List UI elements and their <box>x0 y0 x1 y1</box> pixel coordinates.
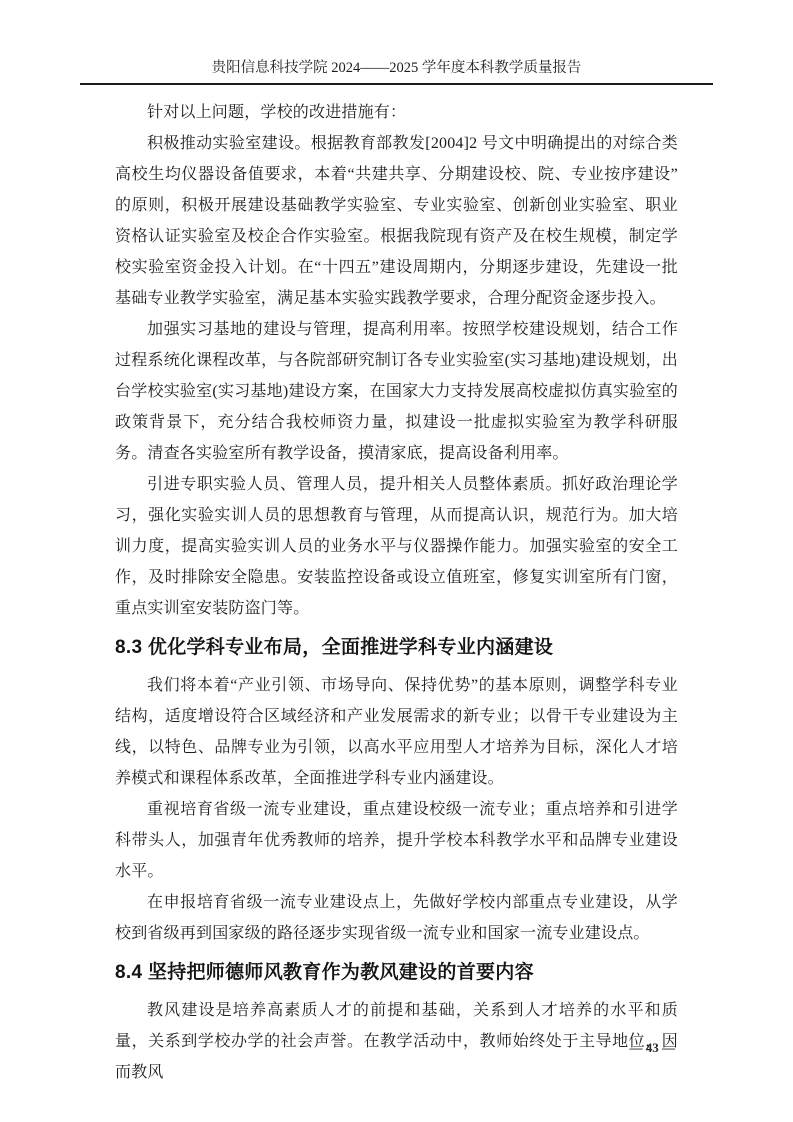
body-paragraph-provincial-path: 在申报培育省级一流专业建设点上，先做好学校内部重点专业建设，从学校到省级再到国家… <box>115 887 678 949</box>
body-paragraph-lab-construction: 积极推动实验室建设。根据教育部教发[2004]2 号文中明确提出的对综合类高校生… <box>115 128 678 314</box>
section-heading-8-3: 8.3 优化学科专业布局，全面推进学科专业内涵建设 <box>115 634 678 662</box>
body-paragraph-intro: 针对以上问题，学校的改进措施有： <box>115 97 678 128</box>
body-paragraph-practice-base: 加强实习基地的建设与管理，提高利用率。按照学校建设规划，结合工作过程系统化课程改… <box>115 314 678 469</box>
body-paragraph-lab-staff: 引进专职实验人员、管理人员，提升相关人员整体素质。抓好政治理论学习，强化实验实训… <box>115 469 678 624</box>
body-paragraph-first-class-majors: 重视培育省级一流专业建设，重点建设校级一流专业；重点培养和引进学科带头人，加强青… <box>115 794 678 887</box>
page-number: — 43 — <box>630 1040 676 1056</box>
page-header: 贵阳信息科技学院 2024——2025 学年度本科教学质量报告 <box>80 0 713 85</box>
page-body: 针对以上问题，学校的改进措施有： 积极推动实验室建设。根据教育部教发[2004]… <box>115 97 678 1088</box>
body-paragraph-teaching-ethos: 教风建设是培养高素质人才的前提和基础，关系到人才培养的水平和质量，关系到学校办学… <box>115 995 678 1088</box>
section-heading-8-4: 8.4 坚持把师德师风教育作为教风建设的首要内容 <box>115 959 678 987</box>
body-paragraph-discipline-principle: 我们将本着“产业引领、市场导向、保持优势”的基本原则，调整学科专业结构，适度增设… <box>115 670 678 794</box>
document-page: 贵阳信息科技学院 2024——2025 学年度本科教学质量报告 针对以上问题，学… <box>0 0 793 1122</box>
report-header-title: 贵阳信息科技学院 2024——2025 学年度本科教学质量报告 <box>212 60 582 76</box>
